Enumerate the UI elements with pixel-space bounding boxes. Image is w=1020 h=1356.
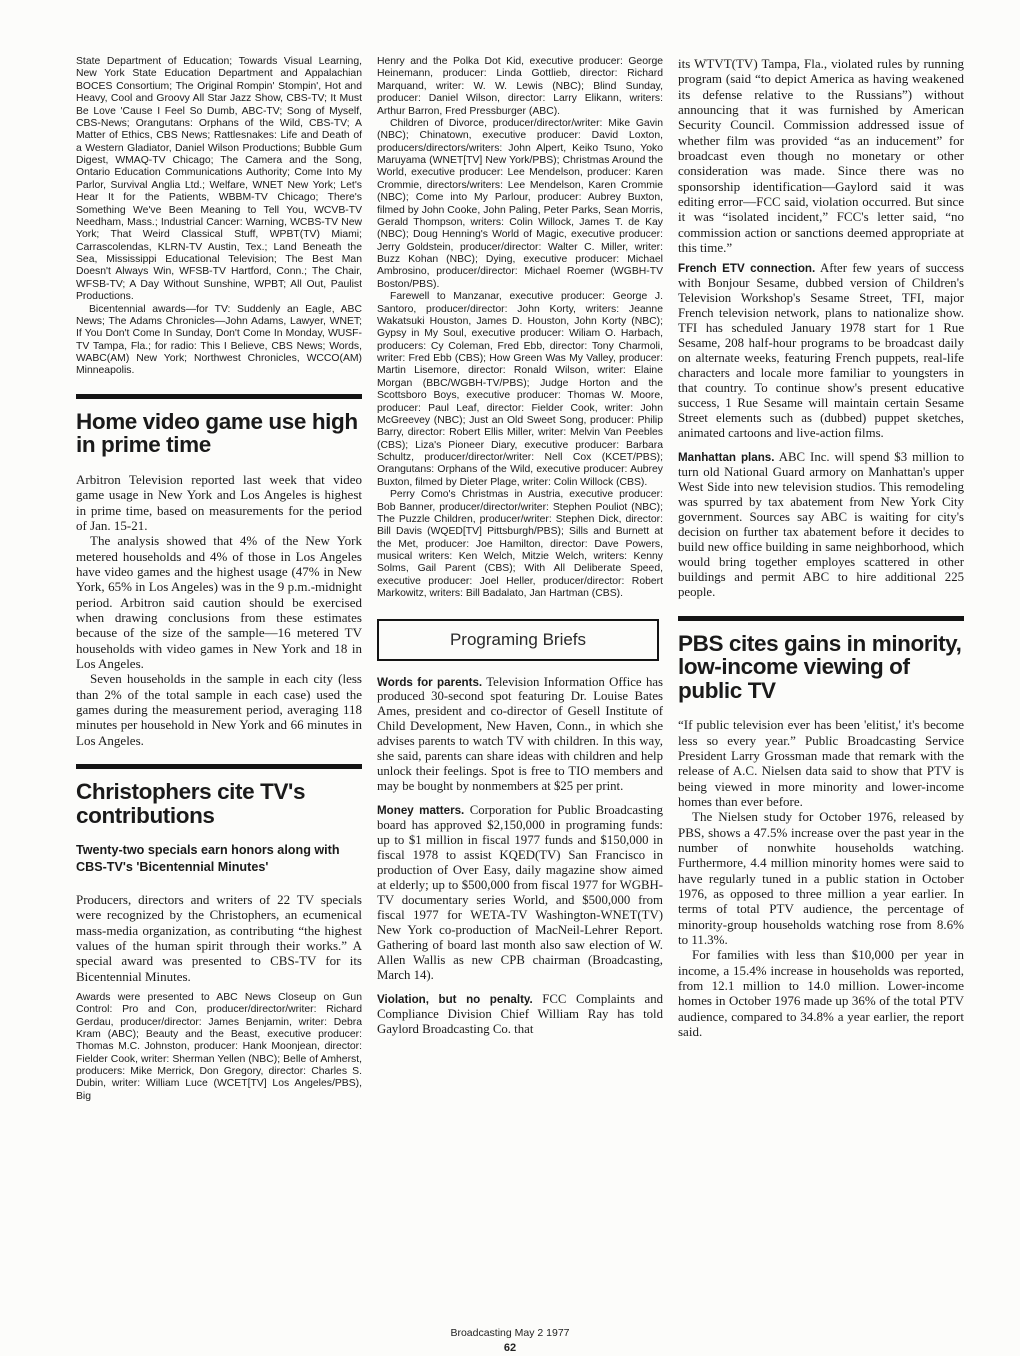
paragraph: “If public television ever has been 'eli…: [678, 717, 964, 809]
paragraph: For families with less than $10,000 per …: [678, 947, 964, 1039]
brief-item: French ETV connection. After few years o…: [678, 261, 964, 441]
brief-lead: Manhattan plans.: [678, 451, 774, 464]
right-column: its WTVT(TV) Tampa, Fla., violated rules…: [678, 56, 964, 1103]
christophers-article-headline: Christophers cite TV's contributions: [76, 780, 362, 827]
headline-rule: [76, 764, 362, 769]
credits-paragraph: Henry and the Polka Dot Kid, executive p…: [377, 56, 663, 118]
spacer: [76, 984, 362, 990]
credits-paragraph: Children of Divorce, producer/director/w…: [377, 118, 663, 291]
brief-lead: Violation, but no penalty.: [377, 993, 533, 1006]
middle-column: Henry and the Polka Dot Kid, executive p…: [377, 56, 663, 1103]
paragraph: Producers, directors and writers of 22 T…: [76, 892, 362, 984]
pbs-article-headline: PBS cites gains in minority, low-income …: [678, 632, 964, 703]
credits-paragraph: Farewell to Manzanar, executive producer…: [377, 291, 663, 489]
brief-item: Money matters. Corporation for Public Br…: [377, 803, 663, 983]
brief-lead: Words for parents.: [377, 676, 482, 689]
fcc-story-continuation: its WTVT(TV) Tampa, Fla., violated rules…: [678, 56, 964, 255]
brief-lead: French ETV connection.: [678, 262, 815, 275]
footer-magazine-date: Broadcasting May 2 1977: [0, 1327, 1020, 1339]
headline-rule: [678, 616, 964, 621]
columns-container: State Department of Education; Towards V…: [76, 56, 966, 1103]
paragraph: The Nielsen study for October 1976, rele…: [678, 809, 964, 947]
brief-item: Manhattan plans. ABC Inc. will spend $3 …: [678, 450, 964, 600]
christophers-article-subhead: Twenty-two specials earn honors along wi…: [76, 842, 362, 875]
magazine-page: State Department of Education; Towards V…: [0, 0, 1020, 1356]
brief-item: Words for parents. Television Informatio…: [377, 675, 663, 795]
brief-text: Corporation for Public Broadcasting boar…: [377, 803, 663, 982]
brief-text: After few years of success with Bonjour …: [678, 261, 964, 440]
brief-item: Violation, but no penalty. FCC Complaint…: [377, 992, 663, 1037]
awards-list-paragraph: State Department of Education; Towards V…: [76, 56, 362, 304]
paragraph: Seven households in the sample in each c…: [76, 671, 362, 748]
paragraph: Arbitron Television reported last week t…: [76, 472, 362, 533]
left-column: State Department of Education; Towards V…: [76, 56, 362, 1103]
paragraph: The analysis showed that 4% of the New Y…: [76, 533, 362, 671]
programing-briefs-box-title: Programing Briefs: [377, 619, 659, 661]
awards-credits-paragraph: Awards were presented to ABC News Closeu…: [76, 992, 362, 1103]
headline-rule: [76, 394, 362, 399]
brief-text: Television Information Office has produc…: [377, 675, 663, 794]
brief-text: ABC Inc. will spend $3 million to turn o…: [678, 450, 964, 599]
brief-lead: Money matters.: [377, 804, 464, 817]
footer-page-number: 62: [0, 1342, 1020, 1354]
credits-paragraph: Perry Como's Christmas in Austria, execu…: [377, 489, 663, 600]
awards-list-paragraph: Bicentennial awards—for TV: Suddenly an …: [76, 304, 362, 378]
video-game-article-headline: Home video game use high in prime time: [76, 410, 362, 457]
